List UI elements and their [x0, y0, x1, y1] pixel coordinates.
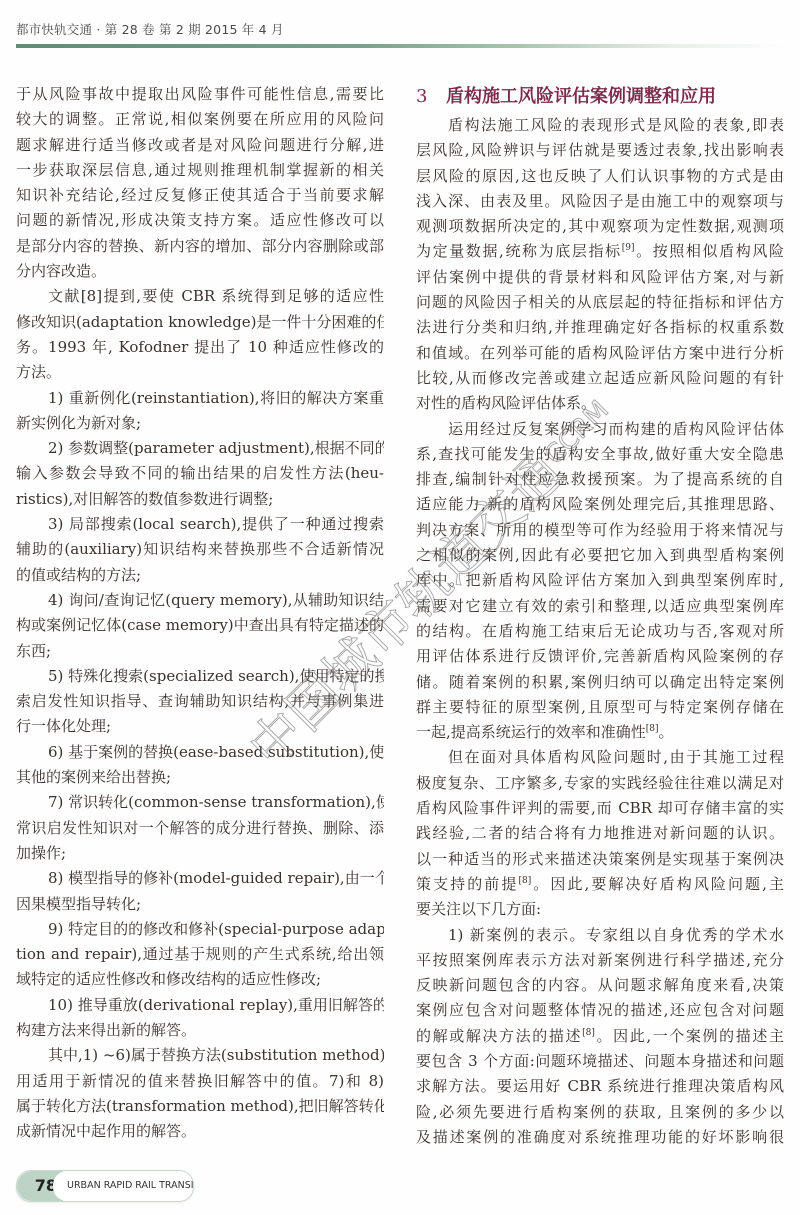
text-line: 构或案例记忆体(case memory)中查出具有特定描述的: [16, 613, 384, 638]
text-line: 以一种适当的形式来描述决策案例是实现基于案例决: [416, 847, 784, 872]
text-line: 输入参数会导致不同的输出结果的启发性方法(heu-: [16, 461, 384, 486]
text-line: 平按照案例库表示方法对新案例进行科学描述,充分: [416, 948, 784, 973]
text-line: 运用经过反复案例学习而构建的盾构风险评估体: [416, 417, 784, 442]
text-line: 的解或解决方法的描述[8]。因此,一个案例的描述主: [416, 1024, 784, 1049]
text-line: 践经验,二者的结合将有力地推进对新问题的认识。: [416, 821, 784, 846]
citation-ref: [8]: [646, 724, 659, 734]
text-line: 要关注以下几方面:: [416, 897, 784, 922]
text-line: 其中,1) ~6)属于替换方法(substitution method),: [16, 1043, 384, 1068]
text-line: 较大的调整。正常说,相似案例要在所应用的风险问: [16, 107, 384, 132]
text-line: 东西;: [16, 639, 384, 664]
text-line: 为定量数据,统称为底层指标[9]。按照相似盾构风险: [416, 239, 784, 264]
text-line: 7) 常识转化(common-sense transformation),使用: [16, 790, 384, 815]
text-line: 用适用于新情况的值来替换旧解答中的值。7)和 8): [16, 1069, 384, 1094]
text-line: 需要对它建立有效的索引和整理,以适应典型案例库: [416, 594, 784, 619]
text-line: 索启发性知识指导、查询辅助知识结构,并与事例集进: [16, 689, 384, 714]
text-line: tion and repair),通过基于规则的产生式系统,给出领: [16, 942, 384, 967]
text-line: 的结构。在盾构施工结束后无论成功与否,客观对所: [416, 619, 784, 644]
text-line: 反映新问题包含的内容。从问题求解角度来看,决策: [416, 973, 784, 998]
text-line: 常识启发性知识对一个解答的成分进行替换、删除、添: [16, 816, 384, 841]
text-line: 观测项数据所决定的,其中观察项为定性数据,观测项: [416, 214, 784, 239]
text-line: 文献[8]提到,要使 CBR 系统得到足够的适应性: [16, 284, 384, 309]
text-segment: 。因此,要解决好盾构风险问题,主: [531, 875, 784, 893]
text-line: 知识补充结论,经过反复修正使其适合于当前要求解: [16, 183, 384, 208]
text-line: 3) 局部搜索(local search),提供了一种通过搜索: [16, 512, 384, 537]
page-number: 78: [17, 1171, 63, 1201]
citation-ref: [9]: [622, 243, 635, 253]
right-column: 3盾构施工风险评估案例调整和应用 盾构法施工风险的表现形式是风险的表象,即表层风…: [416, 82, 784, 1150]
text-line: 题求解进行适当修改或者是对风险问题进行分解,进: [16, 133, 384, 158]
section-title: 盾构施工风险评估案例调整和应用: [446, 86, 716, 107]
text-line: 4) 询问/查询记忆(query memory),从辅助知识结: [16, 588, 384, 613]
text-line: 用评估体系进行反馈评价,完善新盾构风险案例的存: [416, 644, 784, 669]
text-line: 层风险,风险辨识与评估就是要透过表象,找出影响表: [416, 138, 784, 163]
citation-ref: [8]: [582, 1028, 595, 1038]
text-line: 新实例化为新对象;: [16, 411, 384, 436]
text-line: 和值域。在列举可能的盾构风险评估方案中进行分析: [416, 341, 784, 366]
text-line: 构建方法来得出新的解答。: [16, 1018, 384, 1043]
text-line: 法进行分类和归纳,并推理确定好各指标的权重系数: [416, 315, 784, 340]
text-line: 分内容改造。: [16, 259, 384, 284]
text-line: 是部分内容的替换、新内容的增加、部分内容删除或部: [16, 234, 384, 259]
text-segment: 。按照相似盾构风险: [634, 242, 784, 260]
text-line: 一步获取深层信息,通过规则推理机制掌握新的相关: [16, 158, 384, 183]
text-line: 极度复杂、工序繁多,专家的实践经验往往难以满足对: [416, 771, 784, 796]
section-heading: 3盾构施工风险评估案例调整和应用: [416, 82, 784, 112]
text-line: 群主要特征的原型案例,且原型可与特定案例存储在: [416, 695, 784, 720]
text-line: 要包含 3 个方面:问题环境描述、问题本身描述和问题: [416, 1049, 784, 1074]
text-line: 库中。把新盾构风险评估方案加入到典型案例库时,: [416, 568, 784, 593]
text-line: 浅入深、由表及里。风险因子是由施工中的观察项与: [416, 189, 784, 214]
text-line: 6) 基于案例的替换(ease-based substitution),使用: [16, 740, 384, 765]
text-segment: 一起,提高系统运行的效率和准确性: [416, 723, 646, 741]
text-line: 方法。: [16, 360, 384, 385]
text-line: ristics),对旧解答的数值参数进行调整;: [16, 487, 384, 512]
text-line: 层风险的原因,这也反映了人们认识事物的方式是由: [416, 164, 784, 189]
text-line: 但在面对具体盾构风险问题时,由于其施工过程: [416, 745, 784, 770]
text-line: 求解方法。要运用好 CBR 系统进行推理决策盾构风: [416, 1074, 784, 1099]
text-line: 8) 模型指导的修补(model-guided repair),由一个: [16, 866, 384, 891]
citation-ref: [8]: [518, 876, 531, 886]
text-line: 险,必须先要进行盾构案例的获取, 且案例的多少以: [416, 1100, 784, 1125]
text-line: 策支持的前提[8]。因此,要解决好盾构风险问题,主: [416, 872, 784, 897]
section-number: 3: [416, 82, 446, 112]
text-line: 修改知识(adaptation knowledge)是一件十分困难的任: [16, 310, 384, 335]
text-line: 2) 参数调整(parameter adjustment),根据不同的: [16, 436, 384, 461]
text-line: 比较,从而修改完善或建立起适应新风险问题的有针: [416, 366, 784, 391]
text-line: 的值或结构的方法;: [16, 563, 384, 588]
text-line: 排查,编制针对性应急救援预案。为了提高系统的自: [416, 467, 784, 492]
page-footer-badge: 78 URBAN RAPID RAIL TRANSIT: [16, 1170, 194, 1202]
text-line: 成新情况中起作用的解答。: [16, 1119, 384, 1144]
text-line: 其他的案例来给出替换;: [16, 765, 384, 790]
text-line: 系,查找可能发生的盾构安全事故,做好重大安全隐患: [416, 442, 784, 467]
text-line: 1) 重新例化(reinstantiation),将旧的解决方案重: [16, 386, 384, 411]
text-line: 判决方案、所用的模型等可作为经验用于将来情况与: [416, 518, 784, 543]
text-segment: 策支持的前提: [416, 875, 518, 893]
text-line: 域特定的适应性修改和修改结构的适应性修改;: [16, 967, 384, 992]
text-line: 行一体化处理;: [16, 714, 384, 739]
text-segment: 。因此,一个案例的描述主: [595, 1027, 784, 1045]
text-line: 盾构法施工风险的表现形式是风险的表象,即表: [416, 113, 784, 138]
text-line: 10) 推导重放(derivational replay),重用旧解答的: [16, 993, 384, 1018]
text-line: 盾构风险事件评判的需要,而 CBR 却可存储丰富的实: [416, 796, 784, 821]
text-line: 问题的新情况,形成决策支持方案。适应性修改可以: [16, 208, 384, 233]
left-column: 于从风险事故中提取出风险事件可能性信息,需要比较大的调整。正常说,相似案例要在所…: [16, 82, 384, 1144]
text-line: 问题的风险因子相关的从底层起的特征指标和评估方: [416, 290, 784, 315]
text-line: 案例应包含对问题整体情况的描述,还应包含对问题: [416, 998, 784, 1023]
text-line: 对性的盾构风险评估体系。: [416, 391, 784, 416]
journal-name: URBAN RAPID RAIL TRANSIT: [67, 1171, 194, 1201]
text-line: 评估案例中提供的背景材料和风险评估方案,对与新: [416, 265, 784, 290]
running-head: 都市快轨交通 · 第 28 卷 第 2 期 2015 年 4 月: [16, 20, 284, 38]
text-line: 1) 新案例的表示。专家组以自身优秀的学术水: [416, 923, 784, 948]
text-line: 适应能力,新的盾构风险案例处理完后,其推理思路、: [416, 492, 784, 517]
text-line: 一起,提高系统运行的效率和准确性[8]。: [416, 720, 784, 745]
text-line: 之相似的案例,因此有必要把它加入到典型盾构案例: [416, 543, 784, 568]
text-line: 因果模型指导转化;: [16, 892, 384, 917]
text-line: 辅助的(auxiliary)知识结构来替换那些不合适新情况: [16, 537, 384, 562]
text-line: 务。1993 年, Kofodner 提出了 10 种适应性修改的: [16, 335, 384, 360]
text-line: 储。随着案例的积累,案例归纳可以确定出特定案例: [416, 670, 784, 695]
text-line: 于从风险事故中提取出风险事件可能性信息,需要比: [16, 82, 384, 107]
text-segment: 。: [659, 723, 674, 741]
text-segment: 的解或解决方法的描述: [416, 1027, 582, 1045]
text-line: 加操作;: [16, 841, 384, 866]
text-line: 属于转化方法(transformation method),把旧解答转化: [16, 1094, 384, 1119]
text-line: 5) 特殊化搜索(specialized search),使用特定的搜: [16, 664, 384, 689]
text-line: 9) 特定目的的修改和修补(special-purpose adapta-: [16, 917, 384, 942]
text-line: 及描述案例的准确度对系统推理功能的好坏影响很: [416, 1125, 784, 1150]
text-segment: 为定量数据,统称为底层指标: [416, 242, 622, 260]
header-rule: [16, 44, 786, 48]
